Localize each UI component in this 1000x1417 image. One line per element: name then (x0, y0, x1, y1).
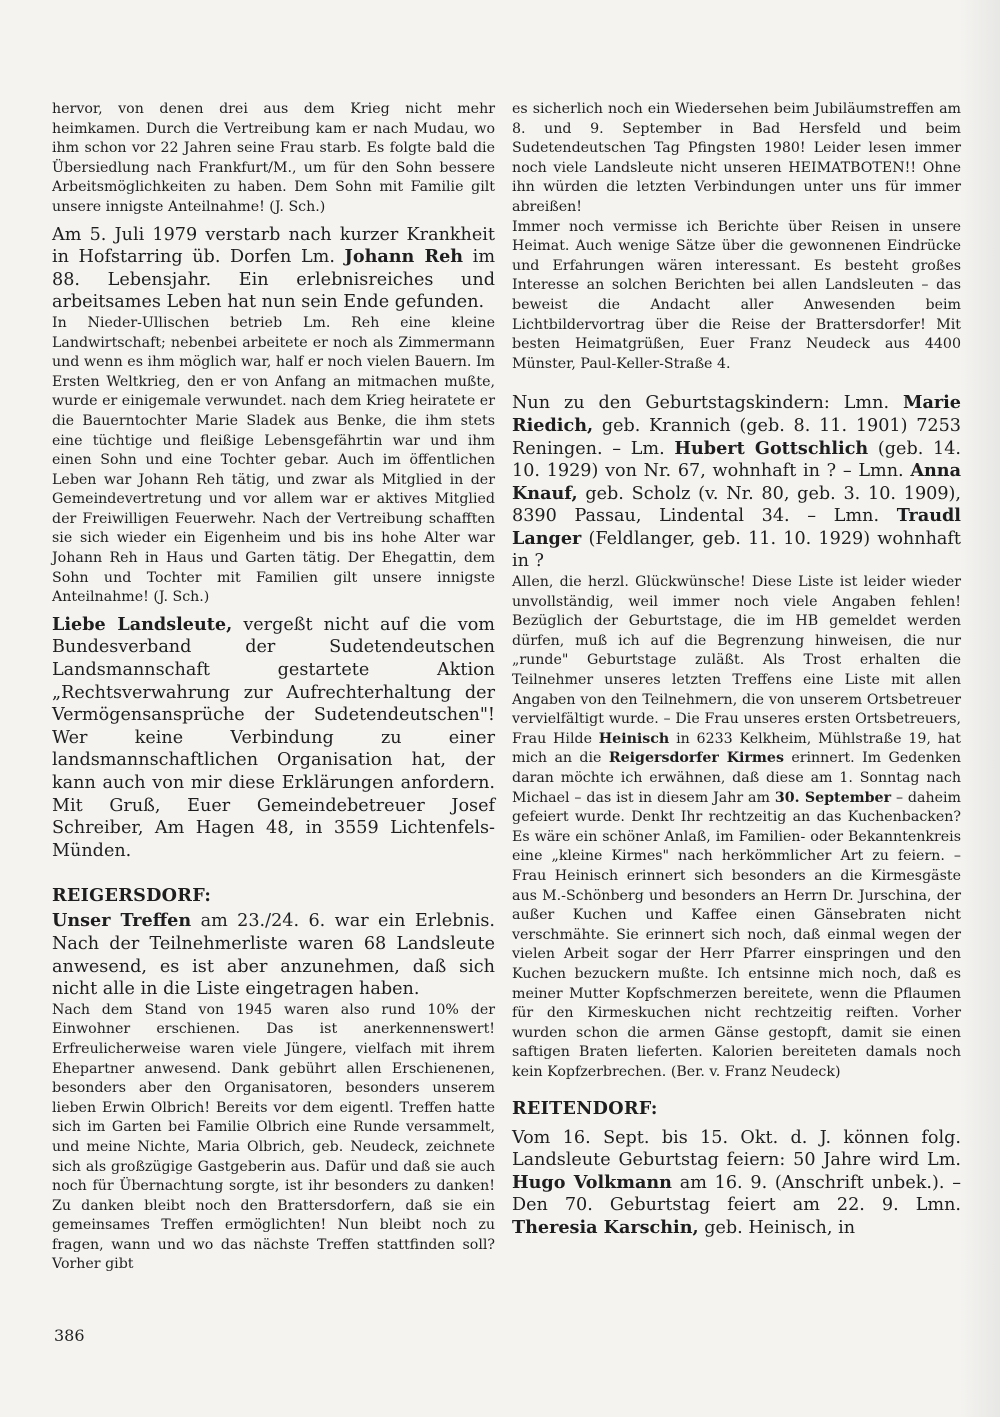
birthdays-list: Nun zu den Geburtstagskindern: Lmn. Mari… (512, 392, 961, 573)
page-edge-shadow (960, 0, 1000, 1417)
left-column: hervor, von denen drei aus dem Krieg nic… (52, 100, 495, 1275)
obituary-johann-reh-detail: In Nieder-Ullischen betrieb Lm. Reh eine… (52, 314, 495, 608)
obituary-continuation: hervor, von denen drei aus dem Krieg nic… (52, 100, 495, 218)
person-name: Johann Reh (345, 246, 464, 267)
section-heading-reitendorf: REITENDORF: (512, 1097, 961, 1121)
section-heading-reigersdorf: REIGERSDORF: (52, 884, 495, 908)
obituary-johann-reh: Am 5. Juli 1979 verstarb nach kurzer Kra… (52, 224, 495, 314)
meeting-report-detail: Nach dem Stand von 1945 waren also rund … (52, 1001, 495, 1275)
reitendorf-birthdays: Vom 16. Sept. bis 15. Okt. d. J. können … (512, 1127, 961, 1240)
kirmes-memories: Allen, die herzl. Glückwünsche! Diese Li… (512, 573, 961, 1082)
appeal-landsleute: Liebe Landsleute, vergeßt nicht auf die … (52, 614, 495, 863)
meeting-report: Unser Treffen am 23./24. 6. war ein Erle… (52, 910, 495, 1000)
page-number: 386 (54, 1326, 85, 1345)
right-column: es sicherlich noch ein Wiedersehen beim … (512, 100, 961, 1239)
travel-reports-appeal: Immer noch vermisse ich Berichte über Re… (512, 218, 961, 375)
meeting-report-continuation: es sicherlich noch ein Wiedersehen beim … (512, 100, 961, 218)
